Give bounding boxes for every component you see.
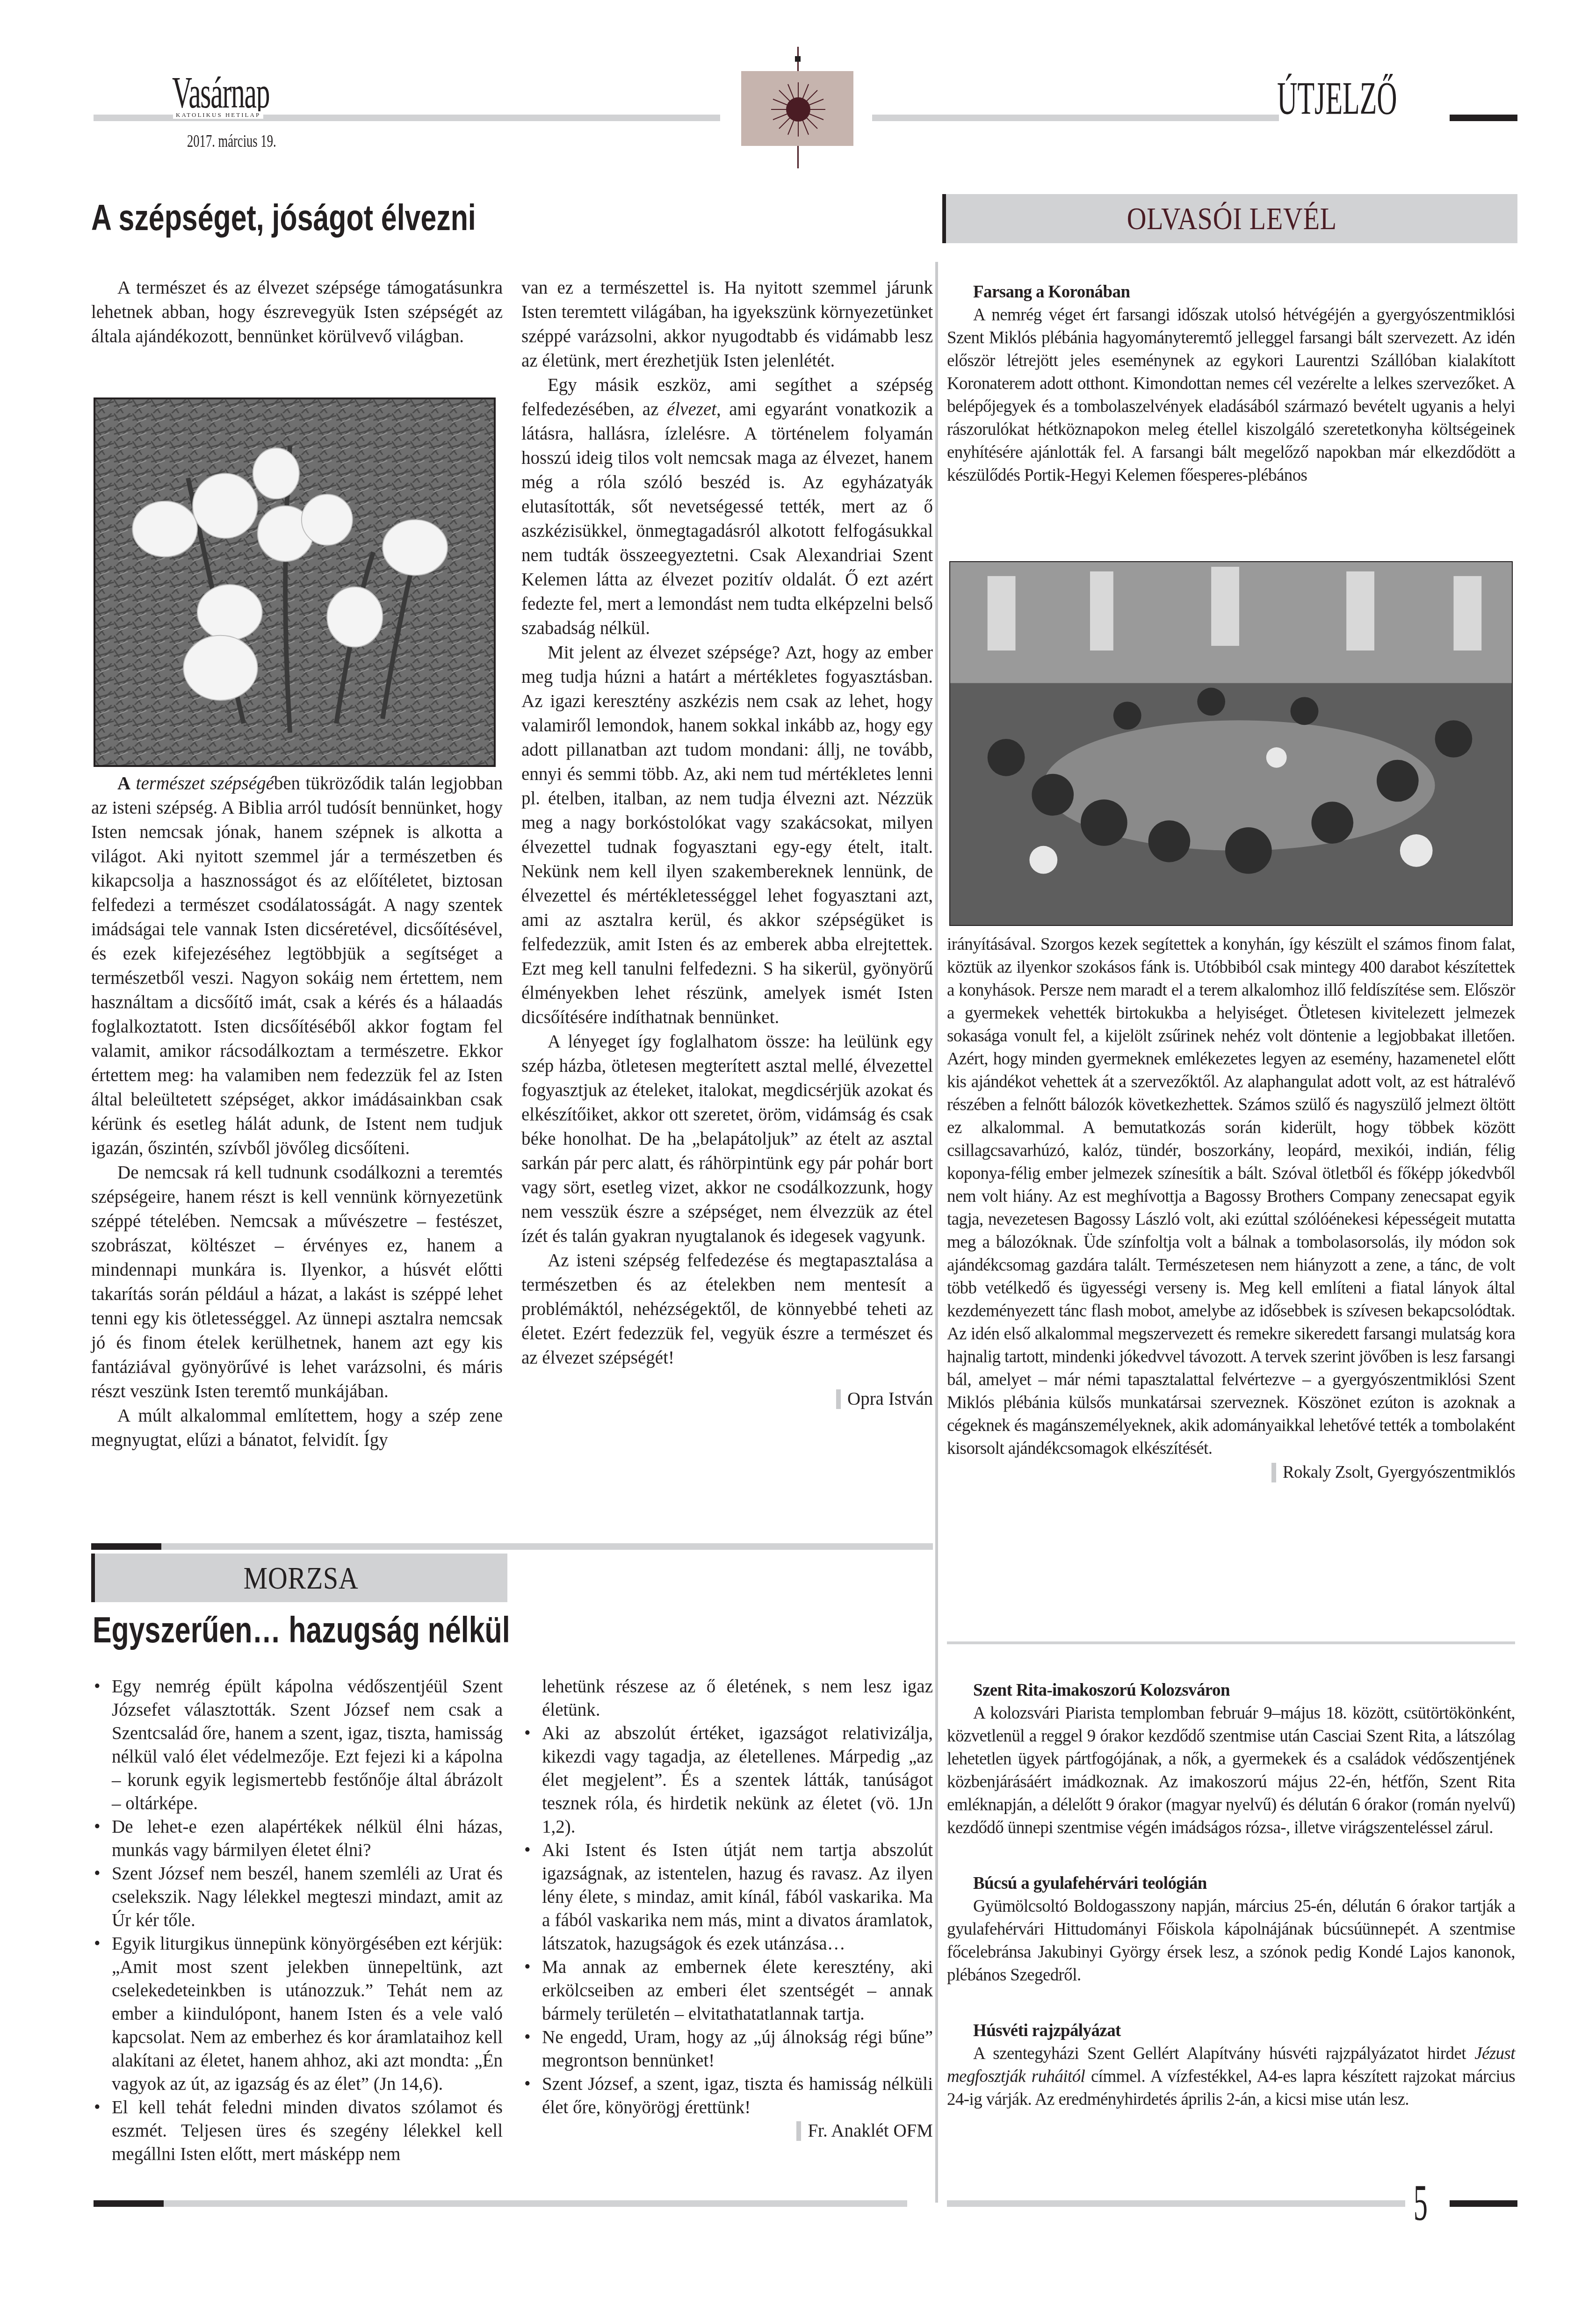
reader-letter-label-text: OLVASÓI LEVÉL	[1127, 200, 1336, 237]
section-title: ÚTJELZŐ	[1277, 75, 1397, 122]
morzsa-bullet: El kell tehát feledni minden divatos szó…	[91, 2096, 503, 2166]
main-article-paragraph: van ez a természettel is. Ha nyitott sze…	[521, 276, 933, 373]
news-item: Húsvéti rajzpályázat A szentegyházi Szen…	[947, 2019, 1515, 2111]
reader-letter-byline: Rokaly Zsolt, Gyergyószentmiklós	[947, 1461, 1515, 1484]
morzsa-col1: Egy nemrég épült kápolna védőszentjéül S…	[91, 1675, 503, 2166]
italic-phrase: természet szépségé	[136, 773, 274, 794]
italic-phrase: élvezet	[667, 399, 716, 419]
morzsa-byline: Fr. Anaklét OFM	[521, 2119, 933, 2143]
main-article-paragraph: A múlt alkalommal említettem, hogy a szé…	[91, 1404, 503, 1453]
main-article-col2: van ez a természettel is. Ha nyitott sze…	[521, 276, 933, 1411]
masthead-rule-right	[872, 115, 1279, 121]
morzsa-rule	[91, 1543, 933, 1550]
masthead-date: 2017. március 19.	[187, 131, 276, 152]
reader-letter-paragraph: A nemrég véget ért farsangi időszak utol…	[947, 304, 1515, 487]
byline-marker	[836, 1389, 841, 1409]
morzsa-bullet: Szent József nem beszél, hanem szemléli …	[91, 1862, 503, 1932]
morzsa-author: Fr. Anaklét OFM	[808, 2119, 933, 2143]
news-item: Búcsú a gyulafehérvári teológián Gyümölc…	[947, 1872, 1515, 1987]
reader-letter-rule	[947, 1641, 1515, 1644]
flowers-image-icon	[95, 399, 494, 765]
masthead-subtitle: KATOLIKUS HETILAP	[173, 111, 263, 119]
morzsa-headline: Egyszerűen… hazugság nélkül	[93, 1609, 510, 1651]
reader-letter-title: Farsang a Koronában	[947, 281, 1515, 304]
morzsa-bullet: Ne engedd, Uram, hogy az „új álnokság ré…	[521, 2026, 933, 2073]
reader-letter-author: Rokaly Zsolt, Gyergyószentmiklós	[1283, 1461, 1515, 1484]
morzsa-list: Egy nemrég épült kápolna védőszentjéül S…	[91, 1675, 503, 2166]
reader-letter-label: OLVASÓI LEVÉL	[942, 194, 1517, 243]
news-text-part: A szentegyházi Szent Gellért Alapítvány …	[973, 2044, 1474, 2063]
main-article-paragraph: Egy másik eszköz, ami segíthet a szépség…	[521, 373, 933, 641]
snowflake-flowers-photo	[94, 398, 496, 767]
footer-rule-right	[947, 2200, 1405, 2207]
news-title: Szent Rita-imakoszorú Kolozsváron	[947, 1679, 1515, 1702]
news-text: Gyümölcsoltó Boldogasszony napján, márci…	[947, 1895, 1515, 1987]
reader-letter-paragraph: irányításával. Szorgos kezek segítettek …	[947, 933, 1515, 1460]
masthead-rule-accent	[1450, 115, 1517, 121]
byline-marker	[796, 2121, 801, 2141]
morzsa-bullet: De lehet-e ezen alapértékek nélkül élni …	[91, 1815, 503, 1862]
news-column: Szent Rita-imakoszorú Kolozsváron A kolo…	[947, 1679, 1515, 2111]
morzsa-col2: lehetünk részese az ő életének, s nem le…	[521, 1675, 933, 2143]
news-title: Húsvéti rajzpályázat	[947, 2019, 1515, 2042]
morzsa-bullet: Ma annak az embernek élete keresztény, a…	[521, 1956, 933, 2026]
main-article-paragraph: A lényeget így foglalhatom össze: ha leü…	[521, 1030, 933, 1249]
morzsa-bullet: Szent József, a szent, igaz, tiszta és h…	[521, 2073, 933, 2119]
page-number: 5	[1414, 2177, 1428, 2228]
main-article-byline: Opra István	[521, 1387, 933, 1411]
column-divider	[935, 262, 938, 2203]
main-article-headline: A szépséget, jóságot élvezni	[91, 196, 476, 239]
main-article-paragraph: Az isteni szépség felfedezése és megtapa…	[521, 1249, 933, 1370]
morzsa-bullet: Aki Istent és Isten útját nem tartja abs…	[521, 1839, 933, 1956]
news-item: Szent Rita-imakoszorú Kolozsváron A kolo…	[947, 1679, 1515, 1839]
news-text: A szentegyházi Szent Gellért Alapítvány …	[947, 2042, 1515, 2111]
paragraph-text: , ami egyaránt vonatkozik a látásra, hal…	[521, 399, 933, 638]
carnival-ball-photo	[949, 561, 1513, 926]
morzsa-label: MORZSA	[91, 1554, 507, 1602]
masthead-logo-block: Vasárnap KATOLIKUS HETILAP 2017. március…	[168, 70, 337, 159]
drop-lead: A	[117, 773, 130, 794]
footer-rule-left	[94, 2200, 907, 2207]
news-text: A kolozsvári Piarista templomban február…	[947, 1702, 1515, 1839]
reader-letter-bottom: irányításával. Szorgos kezek segítettek …	[947, 933, 1515, 1484]
main-article-paragraph: Mit jelent az élvezet szépsége? Azt, hog…	[521, 641, 933, 1030]
byline-marker	[1271, 1463, 1276, 1482]
main-article-paragraph: De nemcsak rá kell tudnunk csodálkozni a…	[91, 1161, 503, 1404]
morzsa-bullet: lehetünk részese az ő életének, s nem le…	[521, 1675, 933, 1722]
morzsa-bullet: Egyik liturgikus ünnepünk könyörgésében …	[91, 1932, 503, 2096]
morzsa-bullet: Egy nemrég épült kápolna védőszentjéül S…	[91, 1675, 503, 1815]
morzsa-list: lehetünk részese az ő életének, s nem le…	[521, 1675, 933, 2119]
main-article-col1-body: A természet szépségében tükröződik talán…	[91, 772, 503, 1453]
morzsa-label-text: MORZSA	[244, 1560, 359, 1597]
main-article-author: Opra István	[847, 1387, 933, 1411]
paragraph-text: ben tükröződik talán legjobban az isteni…	[91, 773, 503, 1158]
masthead-logo: Vasárnap	[172, 70, 269, 115]
sunburst-cross-emblem-icon	[741, 47, 853, 168]
carnival-image-icon	[950, 562, 1512, 925]
footer-rule-accent	[1450, 2200, 1517, 2207]
morzsa-bullet: Aki az abszolút értéket, igazságot relat…	[521, 1722, 933, 1839]
reader-letter-top: Farsang a Koronában A nemrég véget ért f…	[947, 281, 1515, 487]
main-article-paragraph: A természet szépségében tükröződik talán…	[91, 772, 503, 1161]
main-article-col1: A természet és az élvezet szépsége támog…	[91, 276, 503, 349]
main-article-lead: A természet és az élvezet szépsége támog…	[91, 276, 503, 349]
news-title: Búcsú a gyulafehérvári teológián	[947, 1872, 1515, 1895]
